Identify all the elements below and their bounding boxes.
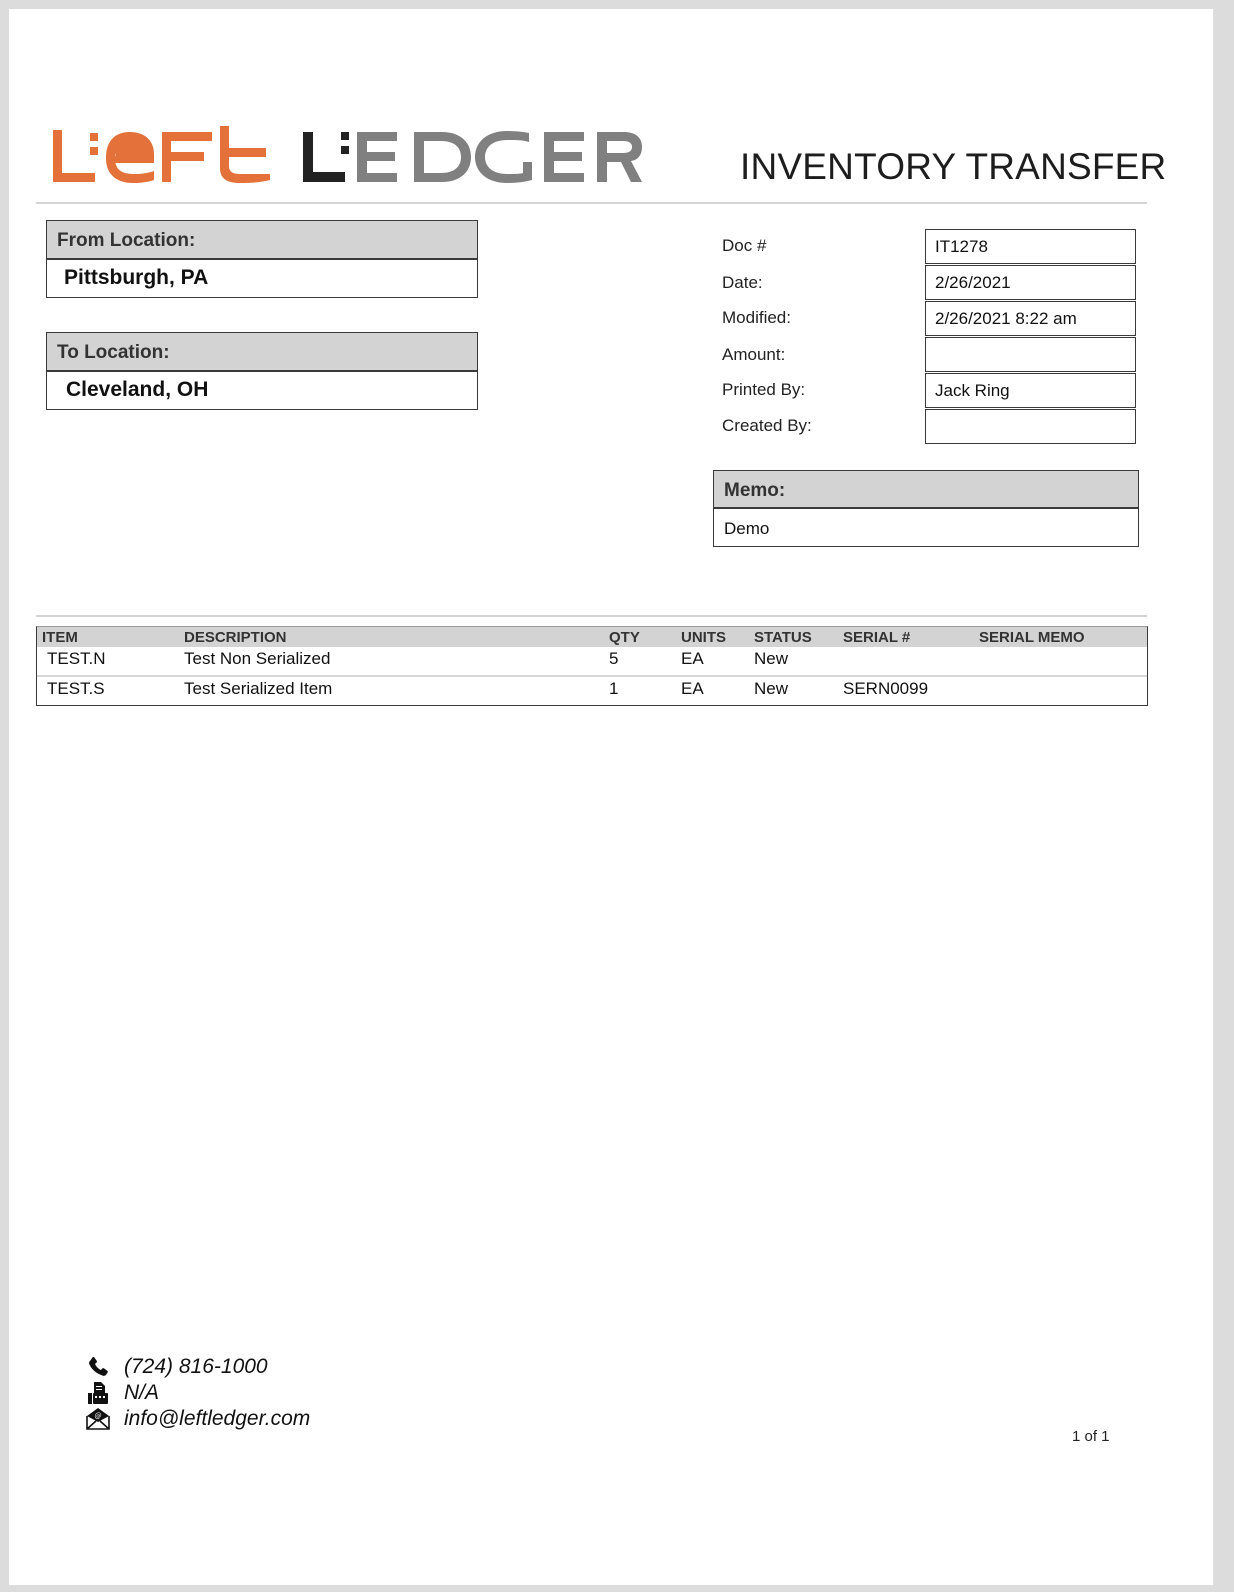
- memo-value: Demo: [714, 509, 1138, 546]
- to-location-label: To Location:: [47, 333, 477, 372]
- created-by-label: Created By:: [722, 416, 812, 436]
- printed-by-label: Printed By:: [722, 380, 805, 400]
- printed-by-value: Jack Ring: [925, 373, 1136, 408]
- table-row: TEST.N Test Non Serialized 5 EA New: [37, 647, 1147, 677]
- item-qty: 5: [609, 649, 618, 669]
- column-header-serial-memo: SERIAL MEMO: [979, 629, 1085, 646]
- from-location-value: Pittsburgh, PA: [47, 260, 477, 297]
- phone-number: (724) 816-1000: [124, 1355, 268, 1379]
- section-divider: [36, 615, 1147, 617]
- created-by-value: [925, 409, 1136, 444]
- item-status: New: [754, 649, 788, 669]
- to-location-value: Cleveland, OH: [47, 372, 477, 409]
- email-icon: @: [84, 1407, 112, 1431]
- from-location-box: From Location: Pittsburgh, PA: [46, 220, 478, 298]
- column-header-description: DESCRIPTION: [184, 629, 287, 646]
- memo-box: Memo: Demo: [713, 470, 1139, 547]
- contact-info: (724) 816-1000 N/A @ info@leftledger.com: [84, 1354, 310, 1432]
- to-location-box: To Location: Cleveland, OH: [46, 332, 478, 410]
- modified-label: Modified:: [722, 308, 791, 328]
- item-status: New: [754, 679, 788, 699]
- contact-fax: N/A: [84, 1380, 310, 1406]
- document-title: INVENTORY TRANSFER: [740, 146, 1166, 188]
- memo-label: Memo:: [714, 471, 1138, 509]
- logo-ledger-edger: [357, 131, 642, 183]
- item-description: Test Non Serialized: [184, 649, 330, 669]
- contact-phone: (724) 816-1000: [84, 1354, 310, 1380]
- company-logo: [44, 118, 644, 190]
- fax-number: N/A: [124, 1381, 159, 1405]
- page-number: 1 of 1: [1072, 1428, 1110, 1445]
- logo-ledger-l: [303, 132, 349, 182]
- contact-email: @ info@leftledger.com: [84, 1406, 310, 1432]
- item-qty: 1: [609, 679, 618, 699]
- column-header-qty: QTY: [609, 629, 640, 646]
- fax-icon: [84, 1381, 112, 1405]
- item-description: Test Serialized Item: [184, 679, 332, 699]
- item-code: TEST.N: [47, 649, 106, 669]
- column-header-item: ITEM: [42, 629, 78, 646]
- date-value: 2/26/2021: [925, 265, 1136, 300]
- table-row: TEST.S Test Serialized Item 1 EA New SER…: [37, 677, 1147, 705]
- items-table: ITEM DESCRIPTION QTY UNITS STATUS SERIAL…: [36, 626, 1148, 706]
- item-serial: SERN0099: [843, 679, 928, 699]
- doc-number-label: Doc #: [722, 236, 766, 256]
- from-location-label: From Location:: [47, 221, 477, 260]
- column-header-serial: SERIAL #: [843, 629, 910, 646]
- phone-icon: [84, 1355, 112, 1379]
- logo-left-mark: [53, 126, 270, 183]
- item-units: EA: [681, 649, 704, 669]
- amount-value: [925, 337, 1136, 372]
- email-address[interactable]: info@leftledger.com: [124, 1407, 310, 1431]
- column-header-status: STATUS: [754, 629, 812, 646]
- item-units: EA: [681, 679, 704, 699]
- table-header: ITEM DESCRIPTION QTY UNITS STATUS SERIAL…: [37, 627, 1147, 647]
- svg-text:@: @: [95, 1412, 102, 1420]
- column-header-units: UNITS: [681, 629, 726, 646]
- amount-label: Amount:: [722, 345, 785, 365]
- item-code: TEST.S: [47, 679, 105, 699]
- doc-number-value: IT1278: [925, 229, 1136, 264]
- date-label: Date:: [722, 273, 763, 293]
- header-divider: [36, 202, 1147, 204]
- modified-value: 2/26/2021 8:22 am: [925, 301, 1136, 336]
